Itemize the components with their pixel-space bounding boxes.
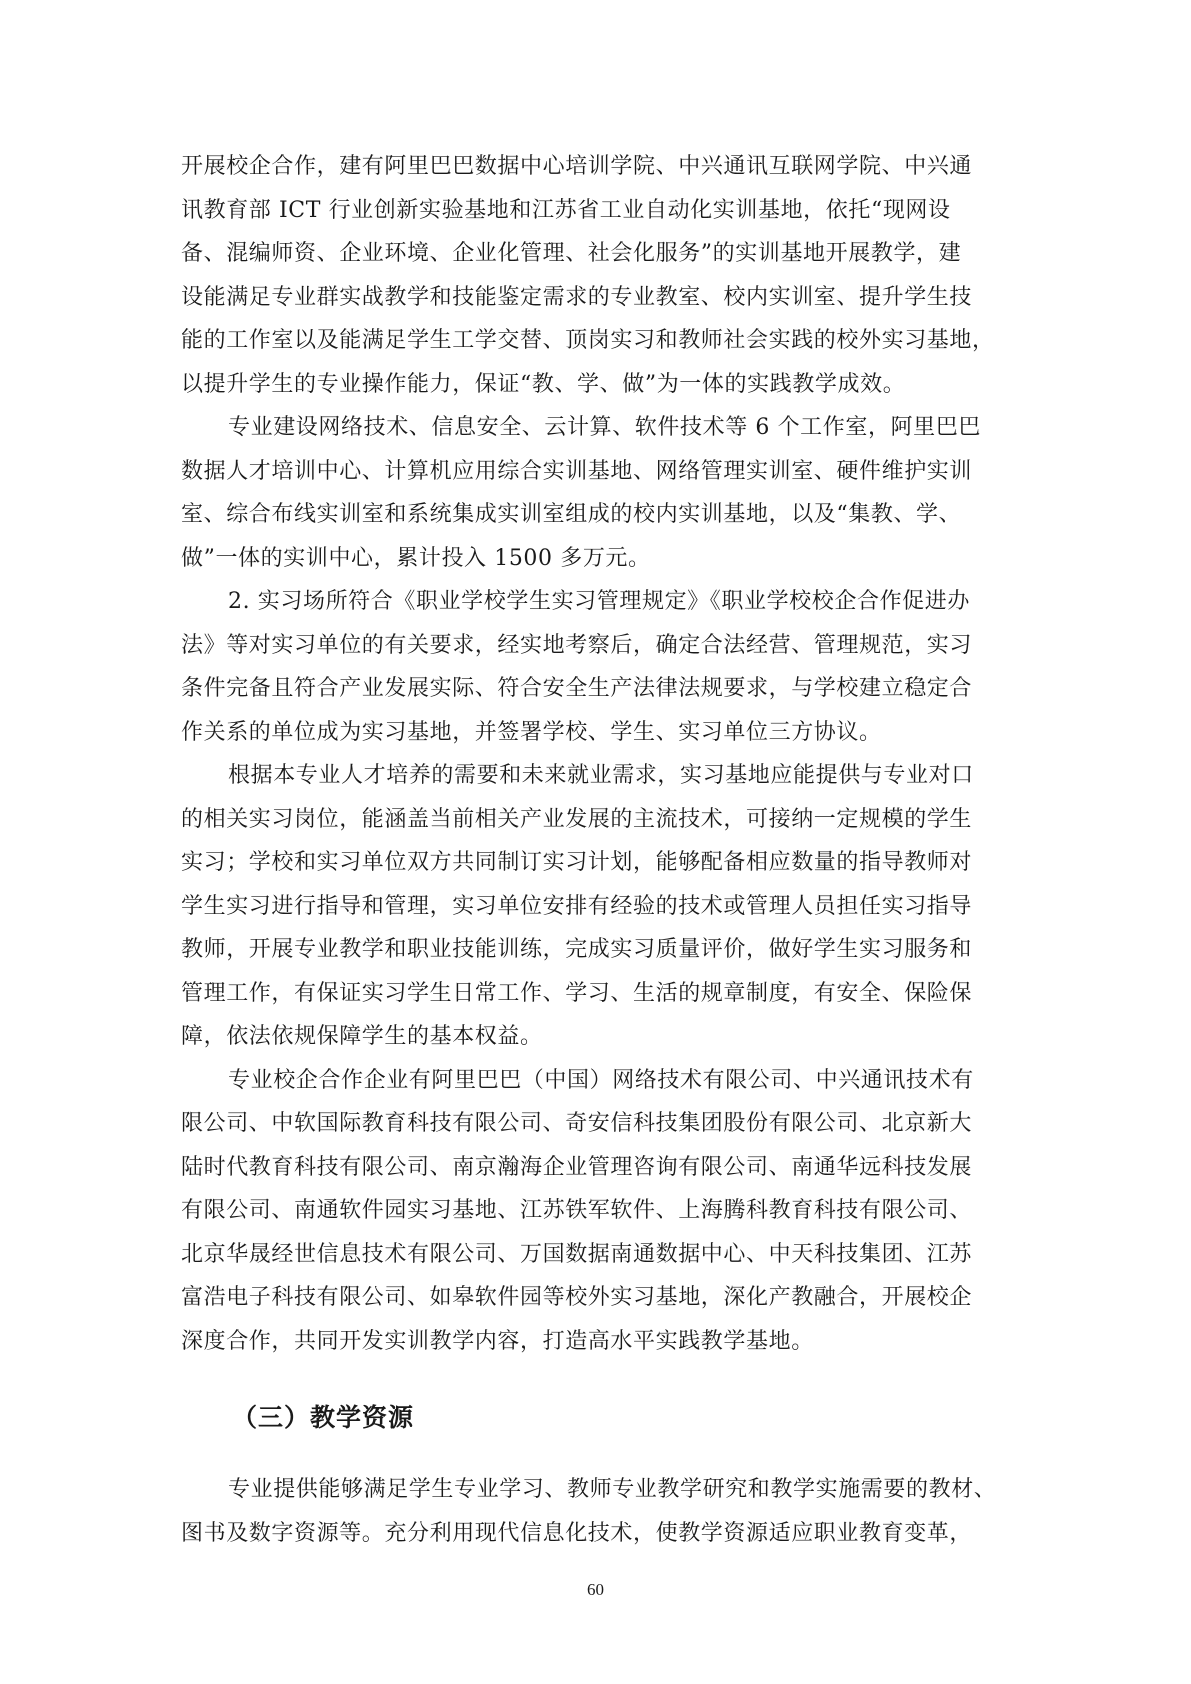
text-line: 2. 实习场所符合《职业学校学生实习管理规定》《职业学校校企合作促进办: [181, 580, 1011, 624]
text-line: 有限公司、南通软件园实习基地、江苏铁军软件、上海腾科教育科技有限公司、: [181, 1189, 1011, 1233]
section-body-text: 专业提供能够满足学生专业学习、教师专业教学研究和教学实施需要的教材、图书及数字资…: [181, 1468, 1041, 1555]
text-line: 开展校企合作，建有阿里巴巴数据中心培训学院、中兴通讯互联网学院、中兴通: [181, 145, 1011, 189]
text-line: 实习；学校和实习单位双方共同制订实习计划，能够配备相应数量的指导教师对: [181, 841, 1011, 885]
text-line: 陆时代教育科技有限公司、南京瀚海企业管理咨询有限公司、南通华远科技发展: [181, 1146, 1011, 1190]
paragraph: 开展校企合作，建有阿里巴巴数据中心培训学院、中兴通讯互联网学院、中兴通讯教育部 …: [181, 145, 1011, 406]
text-line: 根据本专业人才培养的需要和未来就业需求，实习基地应能提供与专业对口: [181, 754, 1011, 798]
text-line: 条件完备且符合产业发展实际、符合安全生产法律法规要求，与学校建立稳定合: [181, 667, 1011, 711]
text-line: 做”一体的实训中心，累计投入 1500 多万元。: [181, 537, 1011, 581]
text-line: 管理工作，有保证实习学生日常工作、学习、生活的规章制度，有安全、保险保: [181, 972, 1011, 1016]
text-line: 的相关实习岗位，能涵盖当前相关产业发展的主流技术，可接纳一定规模的学生: [181, 798, 1011, 842]
text-line: 障，依法依规保障学生的基本权益。: [181, 1015, 1011, 1059]
text-line: 教师，开展专业教学和职业技能训练，完成实习质量评价，做好学生实习服务和: [181, 928, 1011, 972]
text-line: 北京华晟经世信息技术有限公司、万国数据南通数据中心、中天科技集团、江苏: [181, 1233, 1011, 1277]
text-line: 能的工作室以及能满足学生工学交替、顶岗实习和教师社会实践的校外实习基地，: [181, 319, 1011, 363]
text-line: 专业提供能够满足学生专业学习、教师专业教学研究和教学实施需要的教材、: [181, 1468, 1041, 1512]
section-heading: （三）教学资源: [232, 1398, 414, 1434]
text-line: 图书及数字资源等。充分利用现代信息化技术，使教学资源适应职业教育变革，: [181, 1512, 1041, 1556]
text-line: 室、综合布线实训室和系统集成实训室组成的校内实训基地，以及“集教、学、: [181, 493, 1011, 537]
text-line: 备、混编师资、企业环境、企业化管理、社会化服务”的实训基地开展教学，建: [181, 232, 1011, 276]
text-line: 讯教育部 ICT 行业创新实验基地和江苏省工业自动化实训基地，依托“现网设: [181, 189, 1011, 233]
text-line: 数据人才培训中心、计算机应用综合实训基地、网络管理实训室、硬件维护实训: [181, 450, 1011, 494]
page-number: 60: [0, 1580, 1191, 1600]
text-line: 法》等对实习单位的有关要求，经实地考察后，确定合法经营、管理规范，实习: [181, 624, 1011, 668]
text-line: 学生实习进行指导和管理，实习单位安排有经验的技术或管理人员担任实习指导: [181, 885, 1011, 929]
body-text: 开展校企合作，建有阿里巴巴数据中心培训学院、中兴通讯互联网学院、中兴通讯教育部 …: [181, 145, 1011, 1363]
paragraph: 2. 实习场所符合《职业学校学生实习管理规定》《职业学校校企合作促进办法》等对实…: [181, 580, 1011, 754]
text-line: 以提升学生的专业操作能力，保证“教、学、做”为一体的实践教学成效。: [181, 363, 1011, 407]
paragraph: 专业建设网络技术、信息安全、云计算、软件技术等 6 个工作室，阿里巴巴数据人才培…: [181, 406, 1011, 580]
paragraph: 专业校企合作企业有阿里巴巴（中国）网络技术有限公司、中兴通讯技术有限公司、中软国…: [181, 1059, 1011, 1364]
text-line: 富浩电子科技有限公司、如皋软件园等校外实习基地，深化产教融合，开展校企: [181, 1276, 1011, 1320]
text-line: 作关系的单位成为实习基地，并签署学校、学生、实习单位三方协议。: [181, 711, 1011, 755]
text-line: 专业校企合作企业有阿里巴巴（中国）网络技术有限公司、中兴通讯技术有: [181, 1059, 1011, 1103]
text-line: 设能满足专业群实战教学和技能鉴定需求的专业教室、校内实训室、提升学生技: [181, 276, 1011, 320]
text-line: 专业建设网络技术、信息安全、云计算、软件技术等 6 个工作室，阿里巴巴: [181, 406, 1011, 450]
document-page: 开展校企合作，建有阿里巴巴数据中心培训学院、中兴通讯互联网学院、中兴通讯教育部 …: [0, 0, 1191, 1684]
text-line: 限公司、中软国际教育科技有限公司、奇安信科技集团股份有限公司、北京新大: [181, 1102, 1011, 1146]
paragraph: 根据本专业人才培养的需要和未来就业需求，实习基地应能提供与专业对口的相关实习岗位…: [181, 754, 1011, 1059]
text-line: 深度合作，共同开发实训教学内容，打造高水平实践教学基地。: [181, 1320, 1011, 1364]
